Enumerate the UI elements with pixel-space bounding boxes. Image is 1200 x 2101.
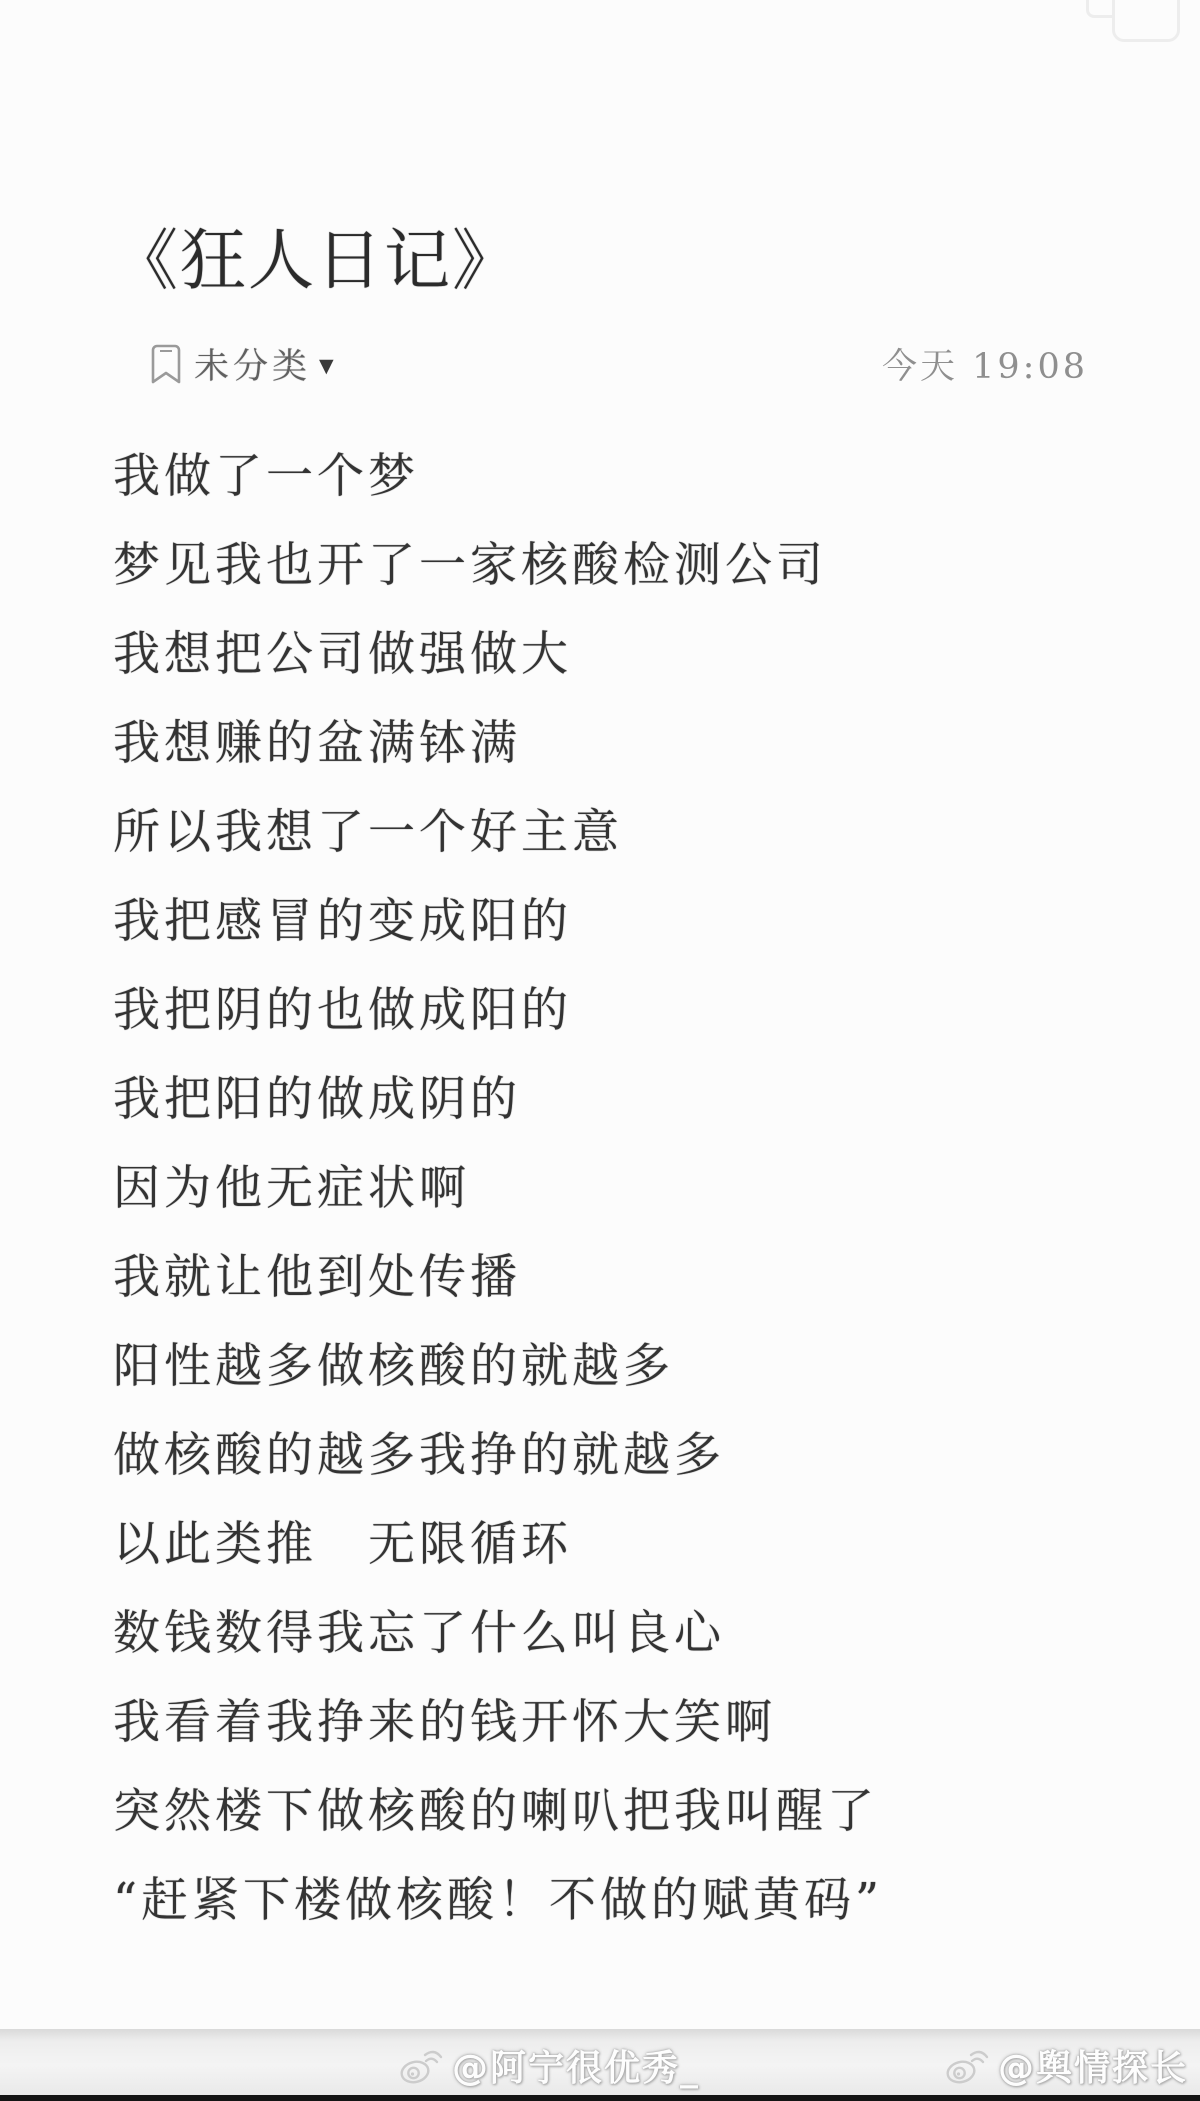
note-text-line: 我把感冒的变成阳的 [113,873,1160,962]
watermark-right: @舆情探长 [944,2040,1188,2091]
note-title: 《狂人日记》 [112,218,520,304]
category-selector-label[interactable]: 未分类 [194,339,311,389]
note-text-line: 阳性越多做核酸的就越多 [113,1318,1160,1407]
watermark-band: @阿宁很优秀_ @舆情探长 [0,2029,1200,2101]
note-text-line: 我就让他到处传播 [113,1229,1160,1318]
note-text-line: 我想把公司做强做大 [113,606,1160,695]
weibo-logo-icon [398,2046,444,2086]
note-text-line: 我把阴的也做成阳的 [113,962,1160,1051]
weibo-logo-icon [944,2046,990,2086]
note-meta-row: 未分类 ▼ 今天 19:08 [150,336,1088,392]
note-text-line: 我看着我挣来的钱开怀大笑啊 [113,1674,1160,1763]
note-text-line: 所以我想了一个好主意 [113,784,1160,873]
note-body: 我做了一个梦 梦见我也开了一家核酸检测公司 我想把公司做强做大 我想赚的盆满钵满… [113,428,1160,1941]
note-text-line: 以此类推 无限循环 [113,1496,1160,1585]
note-text-line: 我把阳的做成阴的 [113,1051,1160,1140]
chevron-down-icon[interactable]: ▼ [319,355,334,377]
watermark-left-handle: @阿宁很优秀_ [452,2040,700,2091]
note-page: 《狂人日记》 未分类 ▼ 今天 19:08 我做了一个梦 梦见我也开了一家核酸检… [0,0,1200,2101]
note-text-line: 突然楼下做核酸的喇叭把我叫醒了 [113,1763,1160,1852]
bottom-edge-bar [0,2095,1200,2101]
note-text-line: 做核酸的越多我挣的就越多 [113,1407,1160,1496]
watermark-left: @阿宁很优秀_ [398,2040,700,2091]
watermark-right-handle: @舆情探长 [998,2040,1188,2091]
note-text-line: 梦见我也开了一家核酸检测公司 [113,517,1160,606]
note-text-line: 数钱数得我忘了什么叫良心 [113,1585,1160,1674]
note-text-line: 我想赚的盆满钵满 [113,695,1160,784]
floating-window-icon-large-pane [1112,0,1180,42]
note-text-line: 我做了一个梦 [113,428,1160,517]
note-text-line: “赶紧下楼做核酸！不做的赋黄码” [113,1852,1160,1941]
note-text-line: 因为他无症状啊 [113,1140,1160,1229]
note-timestamp: 今天 19:08 [882,339,1088,389]
bookmark-icon [150,343,182,385]
floating-window-icon[interactable] [1080,0,1180,44]
